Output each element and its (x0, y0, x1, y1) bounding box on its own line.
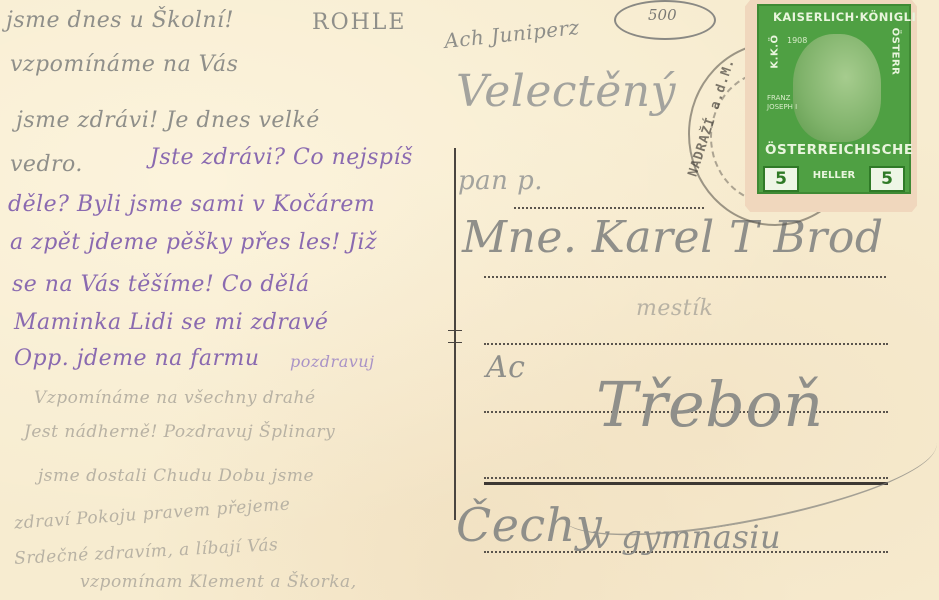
message-line: vzpomínam Klement a Škorka, (80, 572, 357, 592)
address-title: pan p. (458, 166, 543, 196)
message-line: Vzpomínáme na všechny drahé (34, 388, 316, 408)
postage-stamp: KAISERLICH·KÖNIGLICHE 1908 FRANZ JOSEPH … (745, 0, 917, 212)
stamp-frame: KAISERLICH·KÖNIGLICHE 1908 FRANZ JOSEPH … (757, 4, 911, 194)
message-line: Opp. jdeme na farmu (14, 346, 260, 371)
address-profession: mestík (636, 296, 713, 321)
emperor-portrait-icon (793, 34, 881, 142)
address-line-2 (484, 276, 886, 278)
message-line: Jest nádherně! Pozdravuj Šplinary (24, 422, 335, 442)
stamp-year: 1908 (787, 36, 807, 45)
stamp-bottom-text: ÖSTERREICHISCHE (765, 142, 914, 158)
message-line: Jste zdrávi? Co nejspíš (150, 145, 413, 170)
stamp-left-text: K.K.Ö (770, 2, 781, 102)
stamp-denomination: HELLER (809, 170, 859, 181)
address-abbrev: Ac (486, 350, 525, 385)
divider-mark (448, 342, 462, 343)
stamp-value-left: 5 (763, 166, 799, 192)
divider-mark (448, 330, 462, 331)
address-city: Třeboň (596, 368, 824, 441)
address-country: Čechy (456, 498, 602, 552)
address-name: Mne. Karel T Brod (462, 212, 884, 263)
address-extra: v gymnasiu (592, 518, 781, 556)
header-note: Ach Juniperz (443, 15, 581, 53)
center-divider (454, 148, 456, 520)
message-line: pozdravuj (290, 352, 375, 371)
oval-mark-text: 500 (648, 6, 677, 24)
address-salutation: Velectěný (456, 66, 676, 117)
message-line: Maminka Lidi se mi zdravé (14, 310, 328, 335)
corner-note: ROHLE (312, 10, 406, 35)
message-line: jsme dostali Chudu Dobu jsme (38, 466, 314, 486)
stamp-right-text: ÖSTERR (890, 2, 901, 102)
message-line: vedro. (10, 152, 83, 177)
address-line-3 (484, 343, 888, 345)
address-line-1 (514, 207, 704, 209)
message-line: Srdečné zdravím, a líbají Vás (14, 535, 279, 569)
message-line: se na Vás těšíme! Co dělá (12, 272, 310, 297)
message-line: jsme zdrávi! Je dnes velké (16, 108, 320, 133)
message-line: zdraví Pokoju pravem přejeme (14, 494, 291, 533)
message-line: děle? Byli jsme sami v Kočárem (8, 192, 375, 217)
message-line: jsme dnes u Školní! (6, 8, 234, 33)
postcard: jsme dnes u Školní! vzpomínáme na Vás js… (0, 0, 939, 600)
stamp-top-text: KAISERLICH·KÖNIGLICHE (773, 10, 939, 24)
stamp-value-right: 5 (869, 166, 905, 192)
message-line: a zpět jdeme pěšky přes les! Již (10, 230, 377, 255)
message-line: vzpomínáme na Vás (10, 52, 238, 77)
